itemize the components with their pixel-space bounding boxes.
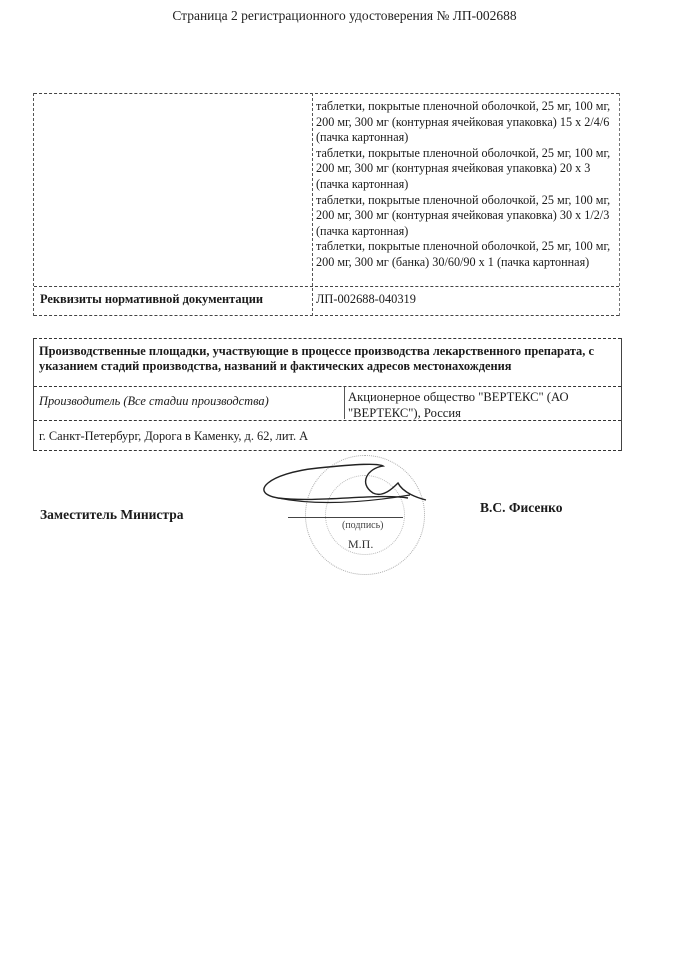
normative-docs-value: ЛП-002688-040319 (316, 292, 416, 307)
table-column-divider (344, 387, 345, 419)
manufacturer-name: Акционерное общество "ВЕРТЕКС" (АО "ВЕРТ… (348, 390, 618, 421)
page-title: Страница 2 регистрационного удостоверени… (0, 8, 689, 24)
packaging-table: таблетки, покрытые пленочной оболочкой, … (33, 93, 620, 316)
stamp-place-mark: М.П. (348, 537, 373, 552)
table-border-top (34, 338, 621, 339)
normative-docs-label: Реквизиты нормативной документации (40, 292, 263, 307)
packaging-item: таблетки, покрытые пленочной оболочкой, … (316, 146, 616, 193)
packaging-list: таблетки, покрытые пленочной оболочкой, … (316, 99, 616, 271)
production-sites-heading: Производственные площадки, участвующие в… (39, 344, 599, 374)
signature-caption: (подпись) (342, 520, 384, 531)
production-sites-table: Производственные площадки, участвующие в… (33, 338, 622, 451)
manufacturer-role: Производитель (Все стадии производства) (39, 394, 269, 409)
table-border-top (34, 93, 619, 94)
packaging-item: таблетки, покрытые пленочной оболочкой, … (316, 239, 616, 270)
packaging-item: таблетки, покрытые пленочной оболочкой, … (316, 193, 616, 240)
signatory-name: В.С. Фисенко (480, 500, 563, 516)
table-row-divider (34, 286, 619, 287)
packaging-item: таблетки, покрытые пленочной оболочкой, … (316, 99, 616, 146)
manufacturer-address: г. Санкт-Петербург, Дорога в Каменку, д.… (39, 429, 308, 444)
table-border-bottom (34, 315, 619, 316)
table-row-divider (34, 386, 621, 387)
table-column-divider (312, 93, 313, 316)
table-border-bottom (34, 450, 621, 451)
signature-line (288, 517, 403, 518)
signatory-position: Заместитель Министра (40, 507, 183, 523)
